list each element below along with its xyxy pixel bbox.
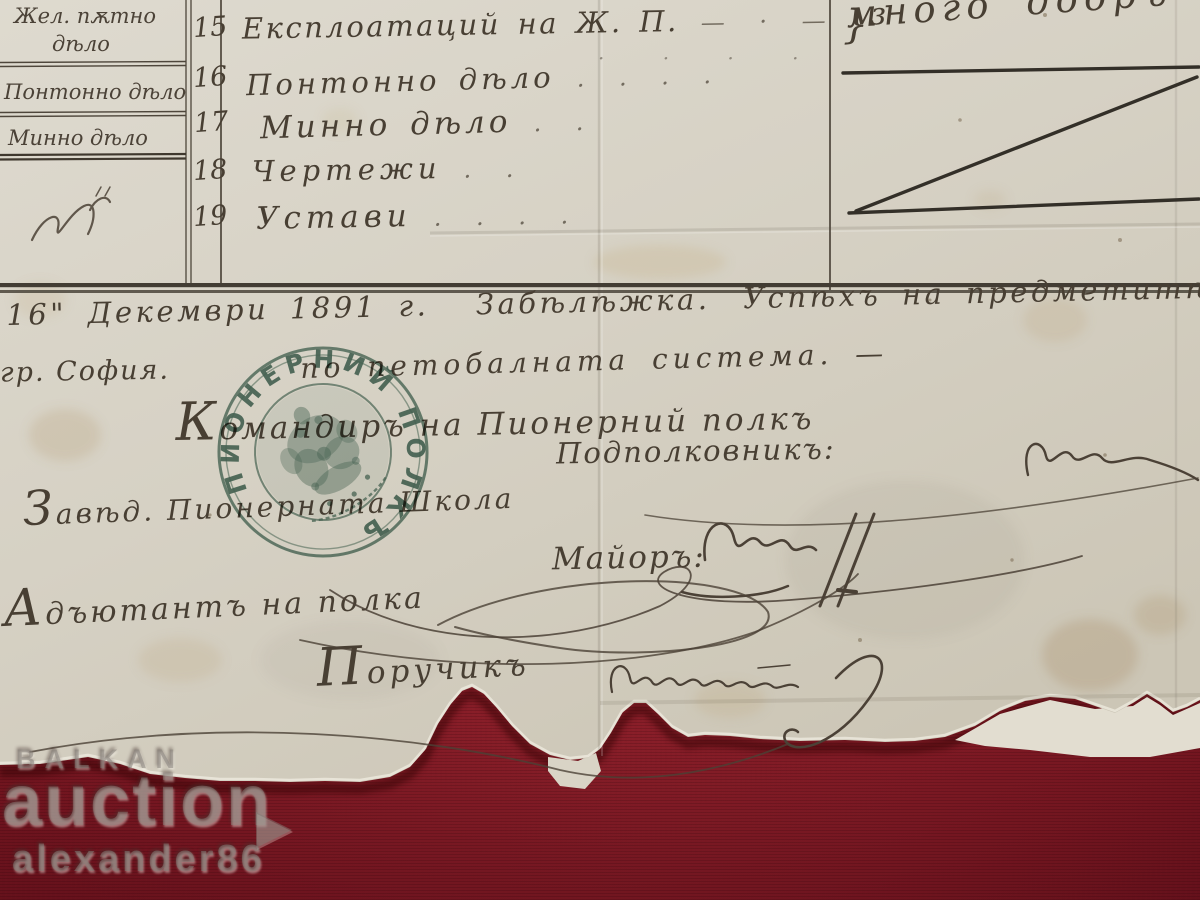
left-label-railway-line1: Жел. пѫтно (14, 4, 156, 28)
subject-text: Експлоатаций на Ж. П. (242, 4, 679, 46)
leader-dots: . . . . (433, 201, 579, 232)
subject-text: Устави (256, 198, 412, 237)
ltcol-rank: Подполковникъ: (556, 432, 836, 471)
leader-dots: . . . . (576, 61, 722, 93)
subject-text: Минно дѣло (260, 104, 512, 147)
leader-dots: . . (463, 155, 524, 184)
auction-photo-scene: Жел. пѫтно дѣло Понтонно дѣло Минно дѣло… (0, 0, 1200, 900)
left-label-railway-line2: дѣло (52, 32, 110, 56)
lieutenant-rank: Поручикъ (315, 627, 531, 699)
table-row: Устави. . . . (256, 195, 580, 237)
watermark-seller: alexander86 (12, 838, 265, 881)
row-number: 17 (193, 106, 229, 139)
row-number: 16 (192, 61, 228, 94)
row-number: 18 (192, 154, 228, 187)
left-label-mining: Минно дѣло (8, 126, 148, 150)
note-label: Забѣлѣжка. (476, 282, 711, 321)
major-rank: Майоръ: (552, 539, 706, 578)
leader-dashes: — · — (701, 6, 837, 36)
watermark-brand-main: auction (2, 760, 272, 842)
row-number: 19 (192, 200, 228, 233)
city-line: гр. София. (0, 355, 170, 389)
left-label-pontoon: Понтонно дѣло (4, 80, 186, 104)
row-number: 15 (192, 11, 228, 44)
table-row: Чертежи. . (252, 150, 525, 189)
leader-dots: . . (533, 108, 595, 138)
subject-text: Чертежи (252, 151, 442, 188)
